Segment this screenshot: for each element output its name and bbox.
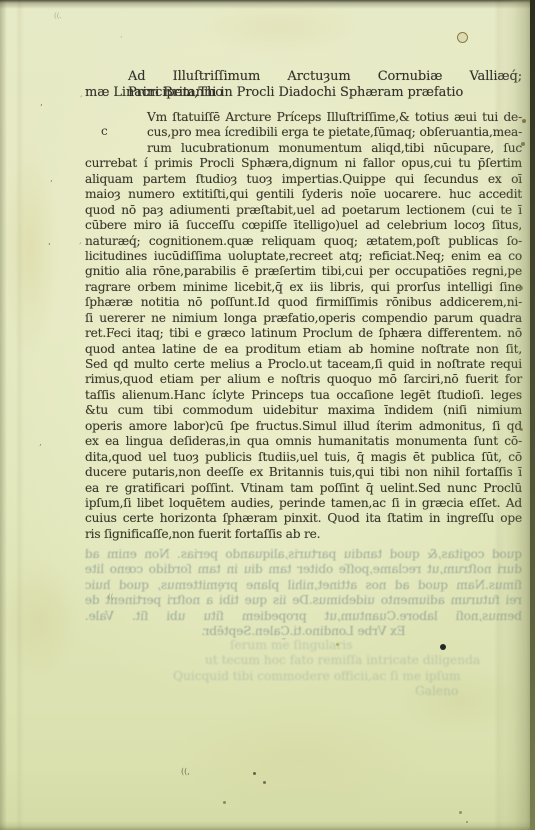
body-line: dita,quod uel tuoȝ publicis ſtudiis,uel …	[85, 450, 522, 465]
margin-mark: ((,	[181, 767, 190, 776]
body-line: ſi uererer ne nimium longa præfatio,oper…	[85, 311, 522, 326]
margin-mark: ·	[120, 33, 123, 42]
body-line: cuius certe horizonta ſphæram pinxit. Qu…	[85, 511, 522, 526]
scan-edge-left	[0, 0, 8, 830]
margin-mark: ’	[48, 242, 51, 251]
body-line: rum lucubrationum monumentum aliqd,tibi …	[147, 141, 522, 156]
body-line: ſphæræ notitia nō poſſunt.Id quod firmiſ…	[85, 295, 522, 310]
margin-mark: ’	[50, 179, 53, 188]
wormhole-ring-spot	[457, 32, 468, 43]
body-line: ex ea lingua deſideras,in qua omnis huma…	[85, 434, 522, 449]
body-line: ragrare orbem minime licebit,q̄ ex iis l…	[85, 280, 522, 295]
body-line: Vm ſtatuiſſē Arcture Príceps Illuſtriſſi…	[147, 110, 522, 125]
bleed-through-line: bemus,noſi labore.Cuantum,ut propediem ſ…	[85, 609, 522, 624]
margin-mark: ’	[105, 373, 107, 381]
body-line: rimus,quod etiam per alium e noſtris quo…	[85, 372, 522, 387]
faint-bleed-line: ut tecum hoc fato remiſſa intricate dili…	[205, 653, 522, 668]
body-line: taſſis alienum.Hanc íclyte Princeps tua …	[85, 388, 522, 403]
margin-mark: ((	[108, 593, 113, 601]
body-line: operis amore labor)cū ſpe fructus.Simul …	[85, 419, 522, 434]
verso-bleed-through-text: quod cogitas,& quod tandiu parturis,aliq…	[85, 547, 522, 640]
scan-edge-top	[0, 0, 535, 10]
faint-bleed-line: ſerum me ſingularis	[230, 638, 522, 653]
margin-mark: ’	[39, 443, 42, 452]
body-line: currebat í primis Procli Sphæra,dignum n…	[85, 156, 522, 171]
body-line: Sed qd multo certe melius a Proclo.ut ta…	[85, 357, 522, 372]
body-line: quod nō paȝ adiumenti præſtabit,uel ad p…	[85, 203, 522, 218]
body-line: naturæq́; cognitionem.quæ reliquam quoq;…	[85, 234, 522, 249]
ink-spot	[253, 772, 256, 775]
scan-edge-bottom	[0, 820, 535, 830]
bleed-through-line: ſimus.Nam quod ad nos attinet,nihil plan…	[85, 578, 522, 593]
page-curve-shadow	[495, 0, 535, 830]
body-text-block: Vm ſtatuiſſē Arcture Príceps Illuſtriſſi…	[85, 110, 522, 542]
margin-mark: ((.	[54, 12, 62, 20]
ink-spot	[263, 781, 266, 784]
body-line: aliquam partem ſtudioȝ tuoȝ impertias.Qu…	[85, 172, 522, 187]
margin-mark: ’	[90, 532, 92, 540]
margin-mark: ’’	[282, 638, 286, 645]
body-line: ipſum,ſi libet loquētem audies, perinde …	[85, 496, 522, 511]
margin-mark: ’	[80, 95, 82, 103]
body-line: cus,pro mea ícredibili erga te pietate,ſ…	[147, 125, 522, 140]
body-line: maioȝ numero extitiſti,qui gentili ſyder…	[85, 187, 522, 202]
ink-spot	[336, 643, 339, 646]
body-line: gnitio alia rōne,parabilis ē præſertim t…	[85, 264, 522, 279]
body-line: quod antea latine de ea proditum etiam a…	[85, 342, 522, 357]
ink-spot	[440, 644, 446, 650]
body-line: &tu cum tibi commodum uidebitur maxima ī…	[85, 403, 522, 418]
book-page-scan: Ad Illuſtriſſimum Arctuȝum Cornubiæ Vall…	[0, 0, 535, 830]
body-line: ris ſignificaſſe,non fuerit fortaſſis ab…	[85, 527, 522, 542]
body-line: cūbere miro iā ſucceſſu cœpiſſe ītelligo…	[85, 218, 522, 233]
body-line: ea re gratificari poſſint. Vtinam tam po…	[85, 481, 522, 496]
body-line: licitudines iucūdiſſima uoluptate,recree…	[85, 249, 522, 264]
bleed-through-line: quod cogitas,& quod tandiu parturis,aliq…	[85, 547, 522, 562]
faint-bleed-line: Quicquid tibi commodere officii,ac ſi me…	[173, 669, 522, 684]
book-edge-dark-strip	[530, 0, 535, 830]
ink-spot	[459, 811, 462, 814]
body-line: ret.Feci itaq; tibi e græco latinum Proc…	[85, 326, 522, 341]
ink-spot	[223, 801, 226, 804]
heading-line-2: mæ Linacri Britanni in Procli Diadochi S…	[85, 85, 522, 101]
bleed-through-line: rei futurum adiumento uidebimus.De iis q…	[85, 593, 522, 608]
body-line: ducere putaris,non deeſſe ex Britannis t…	[85, 465, 522, 480]
margin-mark: ’	[79, 242, 81, 250]
margin-mark: ’	[40, 103, 43, 112]
faint-bleed-through-text: ſerum me ſingularisut tecum hoc fato rem…	[85, 638, 522, 700]
bleed-through-line: duri noſtrum,ut reclame,poſſe obiter tam…	[85, 562, 522, 577]
